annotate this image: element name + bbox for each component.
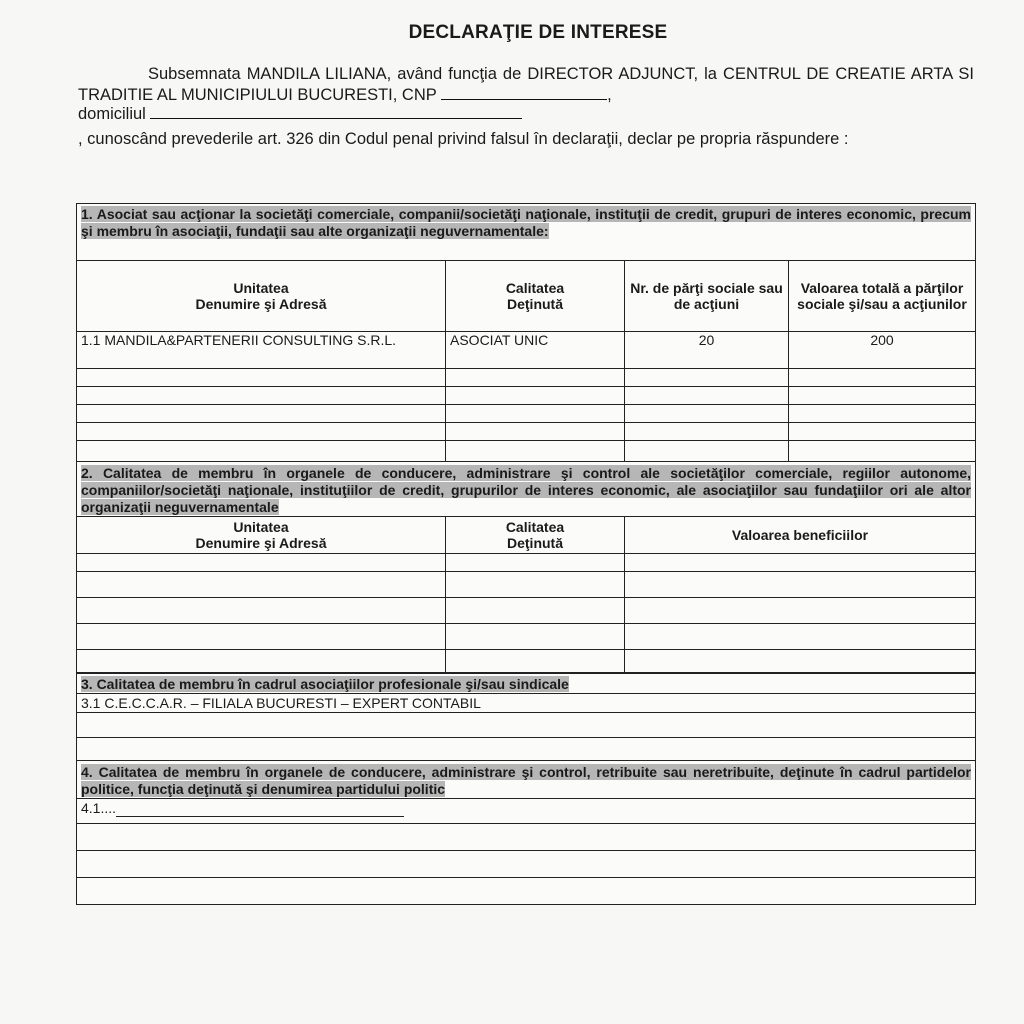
table-row[interactable]: [77, 369, 975, 387]
section-2-heading-box: 2. Calitatea de membru în organele de co…: [77, 462, 975, 516]
table-row[interactable]: [77, 598, 975, 624]
intro-legal-statement: , cunoscând prevederile art. 326 din Cod…: [78, 129, 974, 150]
cnp-field[interactable]: [441, 99, 607, 100]
domiciliu-label: domiciliul: [78, 105, 146, 123]
document-title: DECLARAŢIE DE INTERESE: [26, 22, 1024, 44]
value-cell: 200: [789, 332, 976, 369]
section-4-empty-row[interactable]: [77, 877, 975, 904]
section-4-entry-field[interactable]: [116, 802, 404, 817]
col-value-header: Valoarea totală a părţilor sociale şi/sa…: [789, 261, 976, 332]
role-cell: ASOCIAT UNIC: [446, 332, 625, 369]
section-3-empty-row[interactable]: [77, 712, 975, 737]
section-4-empty-row[interactable]: [77, 823, 975, 850]
section-4-entry[interactable]: 4.1....: [77, 798, 975, 823]
table-row[interactable]: [77, 423, 975, 441]
section-1-heading-box: 1. Asociat sau acţionar la societăţi com…: [77, 204, 975, 260]
section-4-heading: 4. Calitatea de membru în organele de co…: [81, 764, 971, 797]
col-role-header: Calitatea Deţinută: [446, 261, 625, 332]
section-1-table: Unitatea Denumire şi Adresă Calitatea De…: [77, 260, 975, 462]
unit-cell: 1.1 MANDILA&PARTENERII CONSULTING S.R.L.: [77, 332, 446, 369]
table-row[interactable]: [77, 554, 975, 572]
table-row[interactable]: [77, 405, 975, 423]
section-4-empty-row[interactable]: [77, 850, 975, 877]
table-row[interactable]: [77, 387, 975, 405]
domiciliu-field[interactable]: [150, 118, 522, 119]
section-3-entry: 3.1 C.E.C.C.A.R. – FILIALA BUCURESTI – E…: [77, 693, 975, 712]
section-3-heading: 3. Calitatea de membru în cadrul asociaţ…: [81, 676, 569, 692]
table-row[interactable]: [77, 624, 975, 650]
section-3-heading-box: 3. Calitatea de membru în cadrul asociaţ…: [77, 673, 975, 693]
section-3-empty-row[interactable]: [77, 737, 975, 760]
col-unit-header: Unitatea Denumire şi Adresă: [77, 517, 446, 554]
table-row[interactable]: [77, 572, 975, 598]
col-unit-header: Unitatea Denumire şi Adresă: [77, 261, 446, 332]
section-2-table: Unitatea Denumire şi Adresă Calitatea De…: [77, 516, 975, 673]
section-2-heading: 2. Calitatea de membru în organele de co…: [81, 465, 971, 515]
declaration-intro: Subsemnata MANDILA LILIANA, având funcţi…: [78, 64, 974, 150]
shares-cell: 20: [625, 332, 789, 369]
col-benefits-header: Valoarea beneficiilor: [625, 517, 976, 554]
section-4-heading-box: 4. Calitatea de membru în organele de co…: [77, 760, 975, 798]
section-1-heading: 1. Asociat sau acţionar la societăţi com…: [81, 206, 971, 239]
table-row[interactable]: [77, 650, 975, 673]
col-shares-header: Nr. de părţi sociale sau de acţiuni: [625, 261, 789, 332]
table-row: 1.1 MANDILA&PARTENERII CONSULTING S.R.L.…: [77, 332, 975, 369]
col-role-header: Calitatea Deţinută: [446, 517, 625, 554]
table-row[interactable]: [77, 441, 975, 462]
declaration-form: 1. Asociat sau acţionar la societăţi com…: [76, 203, 976, 905]
section-4-entry-prefix: 4.1....: [81, 800, 116, 816]
